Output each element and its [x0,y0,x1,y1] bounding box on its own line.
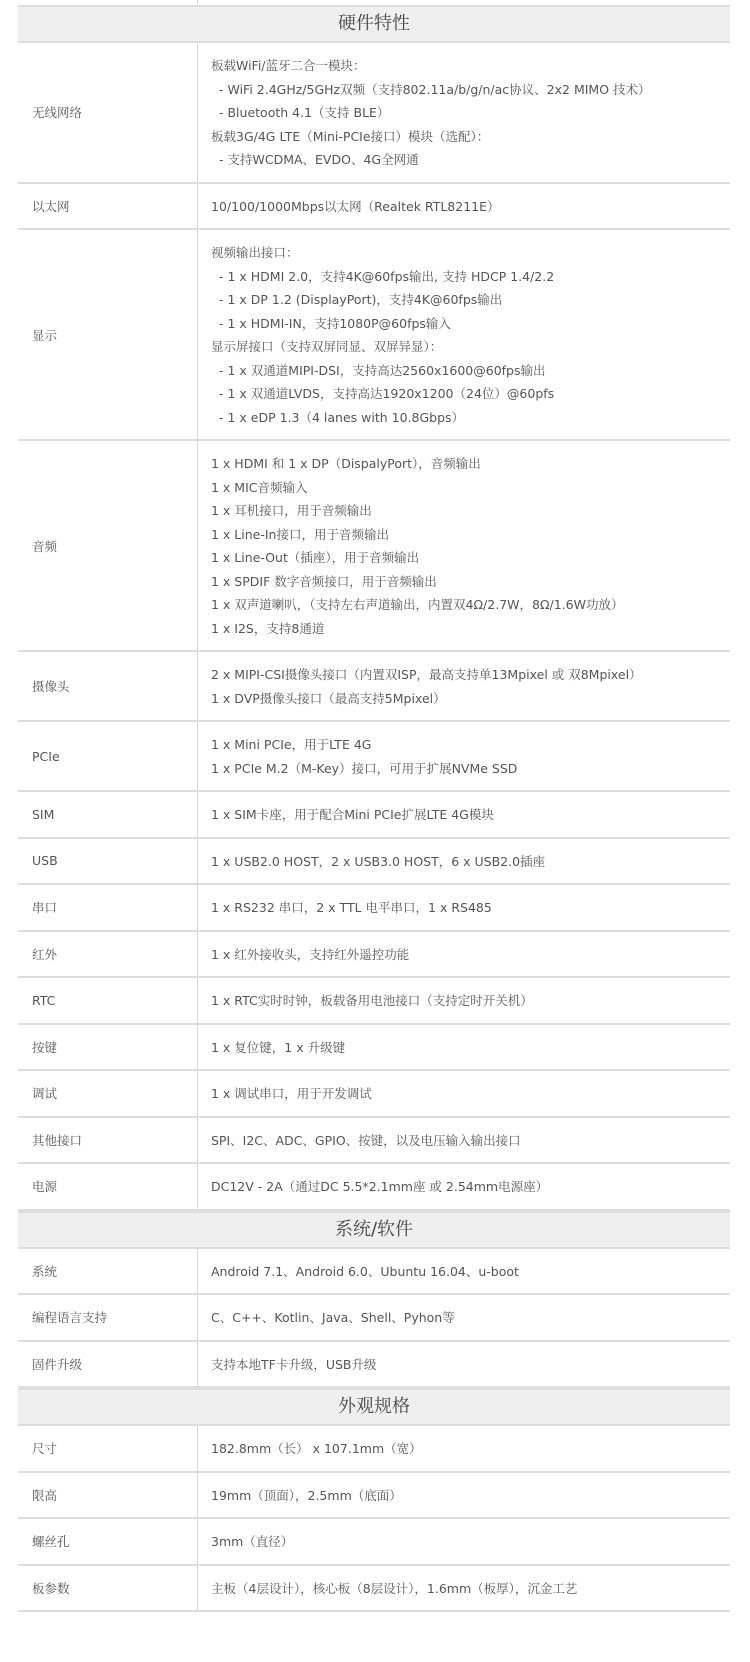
spec-value-line: 1 x 红外接收头，支持红外遥控功能 [211,943,730,967]
spec-value: 1 x USB2.0 HOST，2 x USB3.0 HOST，6 x USB2… [198,839,730,884]
spec-label: 其他接口 [18,1118,198,1163]
spec-label: 电源 [18,1164,198,1209]
spec-value-line: 1 x RS232 串口，2 x TTL 电平串口，1 x RS485 [211,896,730,920]
spec-value-line: - 1 x HDMI 2.0，支持4K@60fps输出, 支持 HDCP 1.4… [211,265,730,289]
spec-value-line: - 1 x HDMI-IN，支持1080P@60fps输入 [211,312,730,336]
section-header: 系统/软件 [18,1211,730,1249]
spec-label: 尺寸 [18,1426,198,1471]
spec-value-line: C、C++、Kotlin、Java、Shell、Pyhon等 [211,1306,730,1330]
spec-label: 红外 [18,932,198,977]
spec-row: 系统Android 7.1、Android 6.0、Ubuntu 16.04、u… [18,1249,730,1296]
spec-value-line: - 1 x DP 1.2 (DisplayPort)，支持4K@60fps输出 [211,288,730,312]
spec-value-line: 1 x USB2.0 HOST，2 x USB3.0 HOST，6 x USB2… [211,850,730,874]
spec-value-line: 1 x 耳机接口，用于音频输出 [211,499,730,523]
spec-label: 调试 [18,1071,198,1116]
spec-row: 以太网10/100/1000Mbps以太网（Realtek RTL8211E） [18,184,730,231]
spec-label: USB [18,839,198,884]
spec-label: PCIe [18,722,198,790]
spec-value: 1 x 红外接收头，支持红外遥控功能 [198,932,730,977]
spec-label: 系统 [18,1249,198,1294]
spec-row: 显示视频输出接口： - 1 x HDMI 2.0，支持4K@60fps输出, 支… [18,230,730,441]
spec-label: 固件升级 [18,1342,198,1387]
spec-row: 编程语言支持C、C++、Kotlin、Java、Shell、Pyhon等 [18,1295,730,1342]
spec-value-line: 1 x 复位键，1 x 升级键 [211,1036,730,1060]
spec-row: 限高19mm（顶面），2.5mm（底面） [18,1473,730,1520]
spec-value: 3mm（直径） [198,1519,730,1564]
spec-value-line: - 1 x 双通道LVDS，支持高达1920x1200（24位）@60pfs [211,382,730,406]
spec-value: 1 x 调试串口，用于开发调试 [198,1071,730,1116]
spec-value-line: - 1 x eDP 1.3（4 lanes with 10.8Gbps） [211,406,730,430]
spec-value-line: 1 x HDMI 和 1 x DP（DispalyPort），音频输出 [211,452,730,476]
spec-label: 显示 [18,230,198,439]
spec-value-line: 19mm（顶面），2.5mm（底面） [211,1484,730,1508]
spec-value-line: 1 x SPDIF 数字音频接口，用于音频输出 [211,570,730,594]
spec-row: 摄像头2 x MIPI-CSI摄像头接口（内置双ISP，最高支持单13Mpixe… [18,652,730,722]
spec-value-line: 1 x SIM卡座，用于配合Mini PCIe扩展LTE 4G模块 [211,803,730,827]
spec-row: 其他接口SPI、I2C、ADC、GPIO、按键，以及电压输入输出接口 [18,1118,730,1165]
spec-row: USB1 x USB2.0 HOST，2 x USB3.0 HOST，6 x U… [18,839,730,886]
spec-row: 音频1 x HDMI 和 1 x DP（DispalyPort），音频输出1 x… [18,441,730,652]
spec-row: 无线网络板载WiFi/蓝牙二合一模块：- WiFi 2.4GHz/5GHz双频（… [18,43,730,184]
spec-row: 红外1 x 红外接收头，支持红外遥控功能 [18,932,730,979]
spec-value-line: - 支持WCDMA、EVDO、4G全网通 [211,148,730,172]
spec-value-line: 182.8mm（长） x 107.1mm（宽） [211,1437,730,1461]
spec-label: 螺丝孔 [18,1519,198,1564]
spec-row: 电源DC12V - 2A（通过DC 5.5*2.1mm座 或 2.54mm电源座… [18,1164,730,1211]
spec-value-line: 支持本地TF卡升级，USB升级 [211,1353,730,1377]
spec-value-line: 10/100/1000Mbps以太网（Realtek RTL8211E） [211,195,730,219]
spec-label: 音频 [18,441,198,650]
spec-value: 10/100/1000Mbps以太网（Realtek RTL8211E） [198,184,730,229]
spec-value: Android 7.1、Android 6.0、Ubuntu 16.04、u-b… [198,1249,730,1294]
spec-value: 1 x RTC实时时钟，板载备用电池接口（支持定时开关机） [198,978,730,1023]
spec-value-line: - Bluetooth 4.1（支持 BLE） [211,101,730,125]
spec-value: 支持本地TF卡升级，USB升级 [198,1342,730,1387]
spec-label: 无线网络 [18,43,198,182]
spec-value-line: 1 x MIC音频输入 [211,476,730,500]
spec-value-line: 视频输出接口： [211,241,730,265]
section-header: 外观规格 [18,1388,730,1426]
spec-value-line: 1 x I2S，支持8通道 [211,617,730,641]
spec-value-line: 1 x Mini PCIe，用于LTE 4G [211,733,730,757]
spec-value-line: SPI、I2C、ADC、GPIO、按键，以及电压输入输出接口 [211,1129,730,1153]
spec-value: 1 x SIM卡座，用于配合Mini PCIe扩展LTE 4G模块 [198,792,730,837]
spec-value-line: 3mm（直径） [211,1530,730,1554]
spec-label: 板参数 [18,1566,198,1611]
spec-label: 摄像头 [18,652,198,720]
spec-value-line: 1 x RTC实时时钟，板载备用电池接口（支持定时开关机） [211,989,730,1013]
spec-value-line: 板载3G/4G LTE（Mini-PCIe接口）模块（选配）： [211,125,730,149]
spec-value: 1 x RS232 串口，2 x TTL 电平串口，1 x RS485 [198,885,730,930]
spec-label: 以太网 [18,184,198,229]
spec-value: 19mm（顶面），2.5mm（底面） [198,1473,730,1518]
spec-row: 按键1 x 复位键，1 x 升级键 [18,1025,730,1072]
spec-label: 按键 [18,1025,198,1070]
spec-value-line: 1 x Line-Out（插座），用于音频输出 [211,546,730,570]
spec-value: 1 x 复位键，1 x 升级键 [198,1025,730,1070]
spec-value-line: Android 7.1、Android 6.0、Ubuntu 16.04、u-b… [211,1260,730,1284]
spec-value-line: 1 x PCIe M.2（M-Key）接口，可用于扩展NVMe SSD [211,757,730,781]
spec-value: 主板（4层设计），核心板（8层设计），1.6mm（板厚），沉金工艺 [198,1566,730,1611]
spec-row: PCIe1 x Mini PCIe，用于LTE 4G1 x PCIe M.2（M… [18,722,730,792]
spec-value-line: - 1 x 双通道MIPI-DSI，支持高达2560x1600@60fps输出 [211,359,730,383]
spec-label: 限高 [18,1473,198,1518]
spec-row: 调试1 x 调试串口，用于开发调试 [18,1071,730,1118]
spec-row: 螺丝孔3mm（直径） [18,1519,730,1566]
spec-value: 2 x MIPI-CSI摄像头接口（内置双ISP，最高支持单13Mpixel 或… [198,652,730,720]
spec-value: DC12V - 2A（通过DC 5.5*2.1mm座 或 2.54mm电源座） [198,1164,730,1209]
spec-value-line: 显示屏接口（支持双屏同显、双屏异显）： [211,335,730,359]
spec-label: RTC [18,978,198,1023]
spec-value: 1 x Mini PCIe，用于LTE 4G1 x PCIe M.2（M-Key… [198,722,730,790]
spec-value-line: DC12V - 2A（通过DC 5.5*2.1mm座 或 2.54mm电源座） [211,1175,730,1199]
spec-row: SIM1 x SIM卡座，用于配合Mini PCIe扩展LTE 4G模块 [18,792,730,839]
spec-value-line: 1 x Line-In接口，用于音频输出 [211,523,730,547]
spec-label: 编程语言支持 [18,1295,198,1340]
spec-label: 串口 [18,885,198,930]
spec-label: SIM [18,792,198,837]
spec-value-line: 主板（4层设计），核心板（8层设计），1.6mm（板厚），沉金工艺 [211,1577,730,1601]
spec-value-line: 板载WiFi/蓝牙二合一模块： [211,54,730,78]
spec-row: 尺寸182.8mm（长） x 107.1mm（宽） [18,1426,730,1473]
spec-value-line: 2 x MIPI-CSI摄像头接口（内置双ISP，最高支持单13Mpixel 或… [211,663,730,687]
spec-value-line: 1 x 调试串口，用于开发调试 [211,1082,730,1106]
spec-value: C、C++、Kotlin、Java、Shell、Pyhon等 [198,1295,730,1340]
spec-table: 硬件特性无线网络板载WiFi/蓝牙二合一模块：- WiFi 2.4GHz/5GH… [18,0,730,1612]
spec-value-line: 1 x DVP摄像头接口（最高支持5Mpixel） [211,687,730,711]
spec-row: 板参数主板（4层设计），核心板（8层设计），1.6mm（板厚），沉金工艺 [18,1566,730,1613]
spec-row: 固件升级支持本地TF卡升级，USB升级 [18,1342,730,1389]
spec-value-line: 1 x 双声道喇叭，（支持左右声道输出，内置双4Ω/2.7W，8Ω/1.6W功放… [211,593,730,617]
spec-row: 串口1 x RS232 串口，2 x TTL 电平串口，1 x RS485 [18,885,730,932]
spec-value: 182.8mm（长） x 107.1mm（宽） [198,1426,730,1471]
spec-value: 视频输出接口： - 1 x HDMI 2.0，支持4K@60fps输出, 支持 … [198,230,730,439]
spec-row: RTC1 x RTC实时时钟，板载备用电池接口（支持定时开关机） [18,978,730,1025]
section-header: 硬件特性 [18,5,730,43]
spec-value: 板载WiFi/蓝牙二合一模块：- WiFi 2.4GHz/5GHz双频（支持80… [198,43,730,182]
spec-value: SPI、I2C、ADC、GPIO、按键，以及电压输入输出接口 [198,1118,730,1163]
spec-value-line: - WiFi 2.4GHz/5GHz双频（支持802.11a/b/g/n/ac协… [211,78,730,102]
spec-value: 1 x HDMI 和 1 x DP（DispalyPort），音频输出1 x M… [198,441,730,650]
